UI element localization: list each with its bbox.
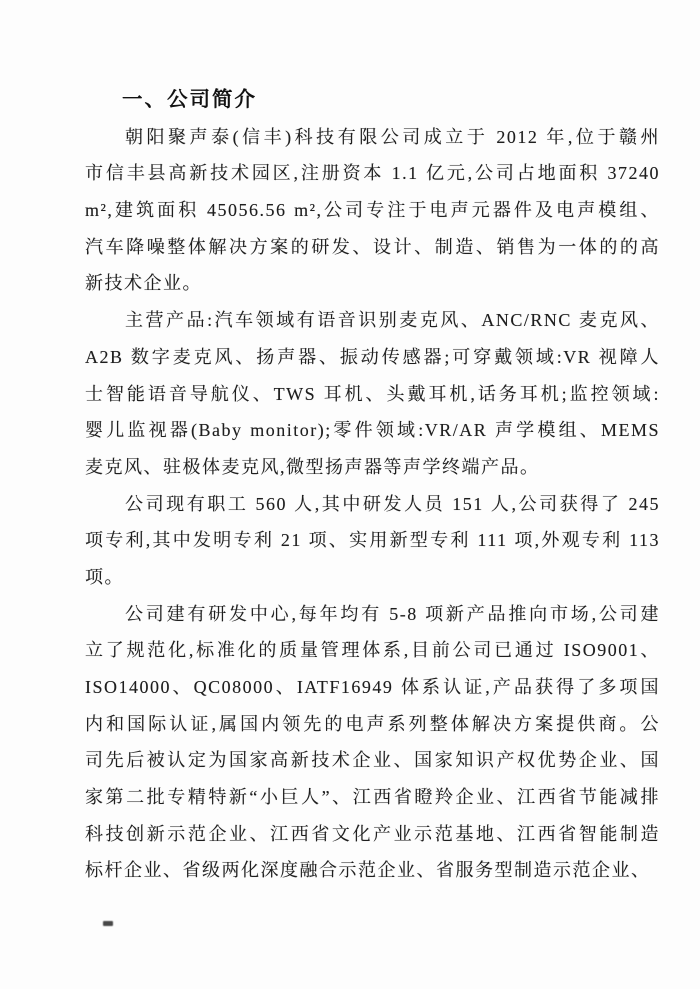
- paragraph: 公司现有职工 560 人,其中研发人员 151 人,公司获得了 245项专利,其…: [85, 486, 660, 596]
- text-line: m²,建筑面积 45056.56 m²,公司专注于电声元器件及电声模组、: [85, 192, 660, 229]
- document-body: 朝阳聚声泰(信丰)科技有限公司成立于 2012 年,位于赣州市信丰县高新技术园区…: [85, 119, 660, 889]
- text-line: 市信丰县高新技术园区,注册资本 1.1 亿元,公司占地面积 37240: [85, 155, 660, 192]
- text-line: 朝阳聚声泰(信丰)科技有限公司成立于 2012 年,位于赣州: [85, 119, 660, 156]
- text-line: 公司现有职工 560 人,其中研发人员 151 人,公司获得了 245: [85, 486, 660, 523]
- text-line: 项。: [85, 559, 660, 596]
- text-line: 项专利,其中发明专利 21 项、实用新型专利 111 项,外观专利 113: [85, 522, 660, 559]
- paragraph: 公司建有研发中心,每年均有 5-8 项新产品推向市场,公司建立了规范化,标准化的…: [85, 596, 660, 890]
- paragraph: 主营产品:汽车领域有语音识别麦克风、ANC/RNC 麦克风、A2B 数字麦克风、…: [85, 302, 660, 485]
- text-line: 科技创新示范企业、江西省文化产业示范基地、江西省智能制造: [85, 816, 660, 853]
- text-line: 新技术企业。: [85, 265, 660, 302]
- text-line: 公司建有研发中心,每年均有 5-8 项新产品推向市场,公司建: [85, 596, 660, 633]
- text-line: 标杆企业、省级两化深度融合示范企业、省服务型制造示范企业、: [85, 852, 660, 889]
- text-line: A2B 数字麦克风、扬声器、振动传感器;可穿戴领域:VR 视障人: [85, 339, 660, 376]
- text-line: 汽车降噪整体解决方案的研发、设计、制造、销售为一体的的高: [85, 229, 660, 266]
- text-line: 立了规范化,标准化的质量管理体系,目前公司已通过 ISO9001、: [85, 632, 660, 669]
- text-line: 婴儿监视器(Baby monitor);零件领域:VR/AR 声学模组、MEMS: [85, 412, 660, 449]
- text-line: 士智能语音导航仪、TWS 耳机、头戴耳机,话务耳机;监控领域:: [85, 376, 660, 413]
- text-line: 内和国际认证,属国内领先的电声系列整体解决方案提供商。公: [85, 706, 660, 743]
- document-content: 一、公司简介 朝阳聚声泰(信丰)科技有限公司成立于 2012 年,位于赣州市信丰…: [85, 82, 660, 889]
- text-line: 主营产品:汽车领域有语音识别麦克风、ANC/RNC 麦克风、: [85, 302, 660, 339]
- paragraph: 朝阳聚声泰(信丰)科技有限公司成立于 2012 年,位于赣州市信丰县高新技术园区…: [85, 119, 660, 302]
- text-line: 麦克风、驻极体麦克风,微型扬声器等声学终端产品。: [85, 449, 660, 486]
- section-heading: 一、公司简介: [85, 82, 660, 119]
- text-line: ISO14000、QC08000、IATF16949 体系认证,产品获得了多项国: [85, 669, 660, 706]
- document-page: 一、公司简介 朝阳聚声泰(信丰)科技有限公司成立于 2012 年,位于赣州市信丰…: [0, 0, 700, 989]
- ink-smudge-artifact: [103, 921, 113, 926]
- text-line: 家第二批专精特新“小巨人”、江西省瞪羚企业、江西省节能减排: [85, 779, 660, 816]
- text-line: 司先后被认定为国家高新技术企业、国家知识产权优势企业、国: [85, 742, 660, 779]
